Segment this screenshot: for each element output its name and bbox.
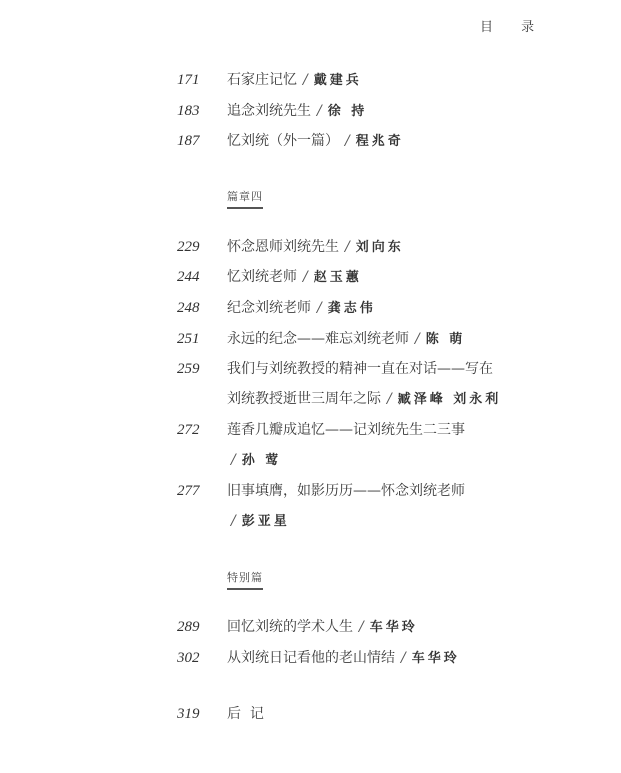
- entry-title: 旧事填膺，如影历历——怀念刘统老师: [227, 481, 465, 501]
- separator: /: [387, 391, 392, 407]
- entry-title-line: 永远的纪念——难忘刘统老师/陈 萌: [227, 329, 465, 350]
- entry-title-line: 回忆刘统的学术人生/车华玲: [227, 617, 418, 638]
- entry-title-line: 纪念刘统老师/龚志伟: [227, 298, 376, 319]
- entry-author: 彭亚星: [242, 514, 290, 529]
- entry-author: 臧泽峰 刘永利: [398, 392, 502, 407]
- entry-title-line: 从刘统日记看他的老山情结/车华玲: [227, 648, 460, 669]
- page-number: 302: [177, 648, 217, 668]
- entry-continuation-line[interactable]: /彭亚星: [227, 511, 290, 532]
- separator: /: [401, 650, 406, 666]
- entry-author: 徐 持: [328, 104, 368, 119]
- entry-title-line: 怀念恩师刘统先生/刘向东: [227, 237, 404, 258]
- section-heading: 篇章四: [227, 188, 263, 209]
- separator: /: [231, 452, 236, 468]
- entry-author: 车华玲: [370, 620, 418, 635]
- entry-title: 纪念刘统老师: [227, 300, 311, 316]
- entry-title: 后 记: [227, 704, 264, 724]
- page-number: 187: [177, 131, 217, 151]
- page-number: 248: [177, 298, 217, 318]
- running-head: 目 录: [480, 16, 546, 35]
- entry-author: 刘向东: [356, 240, 404, 255]
- page-number: 259: [177, 359, 217, 379]
- entry-title: 忆刘统（外一篇）: [227, 133, 339, 149]
- entry-title-line: 追念刘统先生/徐 持: [227, 101, 367, 122]
- separator: /: [317, 300, 322, 316]
- entry-title: 莲香几瓣成追忆——记刘统先生二三事: [227, 420, 465, 440]
- entry-author: 孙 莺: [242, 453, 282, 468]
- entry-author: 戴建兵: [314, 73, 362, 88]
- entry-title: 石家庄记忆: [227, 72, 297, 88]
- section-heading: 特别篇: [227, 569, 263, 590]
- entry-title-line: 忆刘统（外一篇）/程兆奇: [227, 131, 404, 152]
- entry-title: 怀念恩师刘统先生: [227, 239, 339, 255]
- separator: /: [359, 619, 364, 635]
- entry-author: 程兆奇: [356, 134, 404, 149]
- page-number: 251: [177, 329, 217, 349]
- separator: /: [345, 239, 350, 255]
- separator: /: [415, 331, 420, 347]
- entry-title-line: 忆刘统老师/赵玉蕙: [227, 267, 362, 288]
- entry-title-line: 石家庄记忆/戴建兵: [227, 70, 362, 91]
- separator: /: [303, 72, 308, 88]
- entry-continuation-line[interactable]: 刘统教授逝世三周年之际/臧泽峰 刘永利: [227, 389, 501, 410]
- entry-title-continued: 刘统教授逝世三周年之际: [227, 391, 381, 407]
- entry-title: 追念刘统先生: [227, 103, 311, 119]
- entry-author: 赵玉蕙: [314, 270, 362, 285]
- entry-title: 忆刘统老师: [227, 269, 297, 285]
- entry-author: 车华玲: [412, 651, 460, 666]
- page-number: 244: [177, 267, 217, 287]
- page-number: 277: [177, 481, 217, 501]
- separator: /: [231, 513, 236, 529]
- entry-author: 龚志伟: [328, 301, 376, 316]
- page-number: 272: [177, 420, 217, 440]
- separator: /: [345, 133, 350, 149]
- page-number: 289: [177, 617, 217, 637]
- separator: /: [303, 269, 308, 285]
- page-number: 171: [177, 70, 217, 90]
- entry-title: 从刘统日记看他的老山情结: [227, 650, 395, 666]
- entry-title: 我们与刘统教授的精神一直在对话——写在: [227, 359, 493, 379]
- entry-author: 陈 萌: [426, 332, 466, 347]
- page-number: 229: [177, 237, 217, 257]
- entry-continuation-line[interactable]: /孙 莺: [227, 450, 281, 471]
- page-number: 319: [177, 704, 217, 724]
- entry-title: 永远的纪念——难忘刘统老师: [227, 331, 409, 347]
- entry-title: 回忆刘统的学术人生: [227, 619, 353, 635]
- page-number: 183: [177, 101, 217, 121]
- separator: /: [317, 103, 322, 119]
